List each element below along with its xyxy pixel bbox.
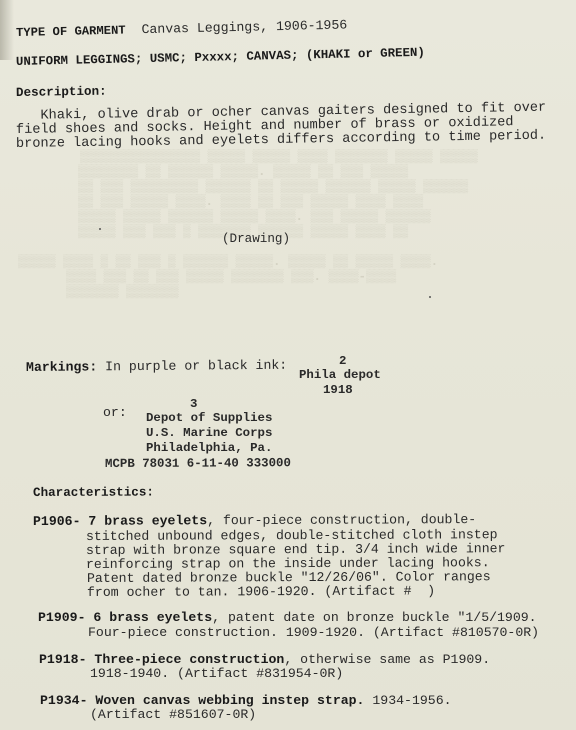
item-line: (Artifact #851607-0R): [90, 707, 256, 722]
item-line: 1918-1940. (Artifact #831954-0R): [90, 666, 343, 681]
item-text: , patent date on bronze buckle "1/5/1909…: [212, 610, 536, 625]
item-bold: 7 brass eyelets: [88, 513, 207, 529]
characteristics-heading: Characteristics:: [33, 485, 154, 501]
characteristic-item-p1909: P1909- 6 brass eyelets, patent date on b…: [38, 610, 537, 625]
item-text: , four-piece construction, double-: [207, 512, 476, 528]
mark2-code: MCPB 78031 6-11-40 333000: [105, 456, 291, 472]
mark1-number: 2: [339, 354, 346, 369]
or-label: or:: [103, 405, 127, 420]
item-code: P1906-: [33, 514, 81, 529]
show-through-text: ▒▒▒▒▒ ▒▒▒▒▒ ▒▒▒▒▒▒ ▒▒▒▒▒ ▒▒▒▒. ▒▒▒ ▒▒▒▒▒…: [78, 210, 431, 225]
markings-heading: Markings:: [26, 359, 97, 375]
mark2-number: 3: [190, 397, 197, 412]
show-through-text: ▒▒ ▒▒▒ ▒▒▒▒▒ ▒▒▒▒. ▒▒▒▒ ▒▒ ▒▒▒ ▒▒▒▒▒ ▒▒▒…: [78, 195, 423, 210]
characteristic-item-p1906: P1906- 7 brass eyelets, four-piece const…: [33, 512, 476, 529]
document-page: ▒▒▒▒▒▒▒▒▒▒▒▒▒▒▒▒ ▒▒▒▒▒ ▒▒▒▒▒ ▒▒▒▒ ▒▒▒▒▒▒…: [0, 0, 576, 730]
mark1-line: Phila depot: [299, 368, 381, 383]
speck: [429, 296, 431, 298]
item-code: P1909-: [38, 610, 85, 625]
mark1-line: 1918: [323, 383, 353, 398]
nomenclature: UNIFORM LEGGINGS; USMC; Pxxxx; CANVAS; (…: [16, 46, 425, 70]
item-code: P1918-: [39, 652, 86, 667]
mark2-line: Depot of Supplies: [146, 411, 272, 426]
garment-type-value: Canvas Leggings, 1906-1956: [141, 17, 347, 37]
markings-intro: In purple or black ink:: [105, 358, 287, 375]
show-through-text: ▒▒▒▒ ▒▒▒ ▒▒ ▒▒▒ ▒▒▒▒▒ ▒▒▒▒▒▒▒ ▒▒▒. ▒▒▒▒-…: [66, 270, 396, 285]
show-through-text: ▒▒ ▒▒▒ ▒▒▒▒▒▒▒▒▒ ▒▒▒▒▒▒ ▒▒ ▒▒▒▒▒ ▒▒▒▒▒▒ …: [78, 180, 468, 195]
item-bold: Woven canvas webbing instep strap.: [95, 693, 364, 708]
page-edge-shadow: [0, 0, 14, 60]
item-bold: 6 brass eyelets: [93, 610, 212, 625]
characteristic-item-p1934: P1934- Woven canvas webbing instep strap…: [40, 693, 452, 708]
description-heading: Description:: [16, 85, 107, 101]
garment-type-row: TYPE OF GARMENT Canvas Leggings, 1906-19…: [16, 17, 348, 41]
show-through-text: ▒▒▒▒▒▒▒▒ ▒▒ ▒▒▒▒▒▒ ▒▒▒▒▒. ▒▒▒▒▒ ▒▒ ▒▒▒ ▒…: [78, 165, 408, 180]
drawing-placeholder: (Drawing): [222, 232, 290, 247]
item-line: from ocher to tan. 1906-1920. (Artifact …: [87, 583, 435, 600]
show-through-text: ▒▒▒▒▒▒▒ ▒▒▒▒▒▒▒: [66, 285, 179, 300]
item-text: , otherwise same as P1909.: [284, 652, 490, 667]
item-line: Four-piece construction. 1909-1920. (Art…: [88, 625, 539, 640]
show-through-text: ▒▒▒▒▒ ▒▒▒▒ ▒ ▒▒ ▒▒▒ ▒ ▒▒▒▒▒▒ ▒▒▒▒▒. ▒▒▒▒…: [18, 255, 438, 270]
item-code: P1934-: [40, 693, 87, 708]
item-text: 1934-1956.: [364, 693, 451, 708]
mark2-line: Philadelphia, Pa.: [146, 441, 272, 456]
characteristic-item-p1918: P1918- Three-piece construction, otherwi…: [39, 652, 490, 667]
show-through-text: ▒▒▒▒▒▒▒▒▒▒▒▒▒▒▒▒ ▒▒▒▒▒ ▒▒▒▒▒ ▒▒▒▒ ▒▒▒▒▒▒…: [80, 150, 478, 165]
garment-type-label: TYPE OF GARMENT: [16, 24, 126, 40]
speck: [99, 228, 101, 230]
mark2-line: U.S. Marine Corps: [146, 426, 272, 441]
item-bold: Three-piece construction: [94, 652, 284, 667]
markings-row: Markings: In purple or black ink:: [26, 358, 287, 375]
